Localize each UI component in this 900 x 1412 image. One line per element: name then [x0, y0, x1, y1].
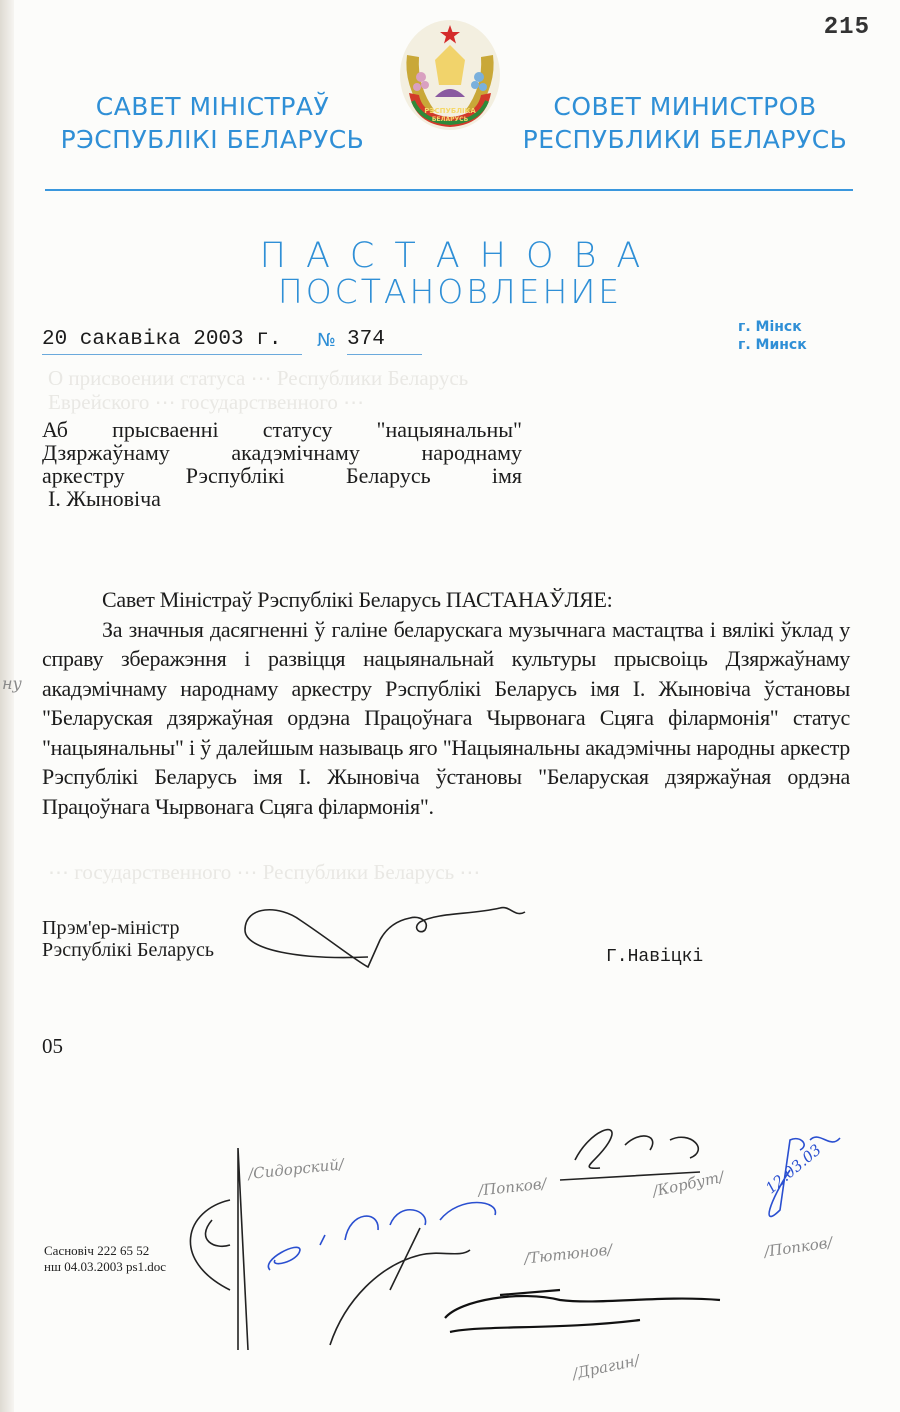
pencil-approval-name: /Попков/ [477, 1174, 547, 1199]
handwritten-date: 12.03.03 [762, 1141, 825, 1198]
pencil-approval-name: /Сидорский/ [247, 1155, 344, 1183]
executor-line2: нш 04.03.2003 ps1.doc [44, 1259, 166, 1275]
subject-line: Аб прысваенні статусу "нацыянальны" [42, 418, 522, 441]
resolution-paragraph: За значныя дасягненні ў галіне беларуска… [42, 615, 850, 822]
prime-minister-signature-icon [245, 908, 525, 967]
letterhead-ru-line1: СОВЕТ МИНИСТРОВ [510, 90, 860, 123]
document-date: 20 сакавіка 2003 г. [42, 328, 302, 355]
letterhead-belarusian: САВЕТ МІНІСТРАЎ РЭСПУБЛІКІ БЕЛАРУСЬ [40, 90, 385, 156]
document-number: 374 [347, 328, 422, 355]
archive-page-number: 215 [824, 14, 870, 41]
resolution-body: Савет Міністраў Рэспублікі Беларусь ПАСТ… [42, 585, 850, 821]
show-through-text: О присвоении статуса ⋯ Республики Белару… [48, 366, 468, 391]
signatory-title-line1: Прэм'ер-міністр [42, 917, 214, 939]
show-through-text: ⋯ государственного ⋯ Республики Беларусь… [48, 860, 480, 885]
doc-type-belarusian: ПАСТАНОВА [0, 236, 900, 276]
pencil-approval-name: /Попков/ [763, 1233, 833, 1260]
page-edge-shadow [0, 0, 14, 1412]
document-subject: Аб прысваенні статусу "нацыянальны" Дзяр… [42, 418, 522, 510]
executor-info: Сасновіч 222 65 52 нш 04.03.2003 ps1.doc [44, 1243, 166, 1275]
resolution-preamble: Савет Міністраў Рэспублікі Беларусь ПАСТ… [42, 585, 850, 615]
number-sign: № [317, 330, 336, 351]
svg-text:РЭСПУБЛІКА: РЭСПУБЛІКА [424, 107, 476, 115]
subject-line: аркестру Рэспублікі Беларусь імя [42, 464, 522, 487]
signatory-title: Прэм'ер-міністр Рэспублікі Беларусь [42, 917, 214, 961]
subject-line: Дзяржаўнаму акадэмічнаму народнаму [42, 441, 522, 464]
document-code: 05 [42, 1034, 63, 1059]
subject-line: І. Жыновіча [42, 487, 522, 510]
state-emblem-icon: РЭСПУБЛІКА БЕЛАРУСЬ [395, 15, 505, 135]
letterhead-divider [45, 189, 853, 191]
pencil-approval-name: /Тютюнов/ [523, 1240, 613, 1267]
signatory-name: Г.Навіцкі [606, 947, 703, 967]
letterhead-ru-line2: РЕСПУБЛИКИ БЕЛАРУСЬ [510, 123, 860, 156]
letterhead-russian: СОВЕТ МИНИСТРОВ РЕСПУБЛИКИ БЕЛАРУСЬ [510, 90, 860, 156]
city-belarusian: г. Мінск [738, 318, 807, 336]
pencil-approval-name: /Драгин/ [571, 1351, 641, 1383]
show-through-text: Еврейского ⋯ государственного ⋯ [48, 390, 364, 415]
city-russian: г. Минск [738, 336, 807, 354]
margin-mark: ну [2, 674, 22, 693]
city-block: г. Мінск г. Минск [738, 318, 807, 354]
pencil-approval-name: /Корбут/ [651, 1168, 726, 1201]
svg-text:БЕЛАРУСЬ: БЕЛАРУСЬ [432, 116, 469, 123]
doc-type-russian: ПОСТАНОВЛЕНИЕ [0, 272, 900, 311]
signatory-title-line2: Рэспублікі Беларусь [42, 939, 214, 961]
letterhead-be-line1: САВЕТ МІНІСТРАЎ [40, 90, 385, 123]
letterhead-be-line2: РЭСПУБЛІКІ БЕЛАРУСЬ [40, 123, 385, 156]
executor-line1: Сасновіч 222 65 52 [44, 1243, 166, 1259]
